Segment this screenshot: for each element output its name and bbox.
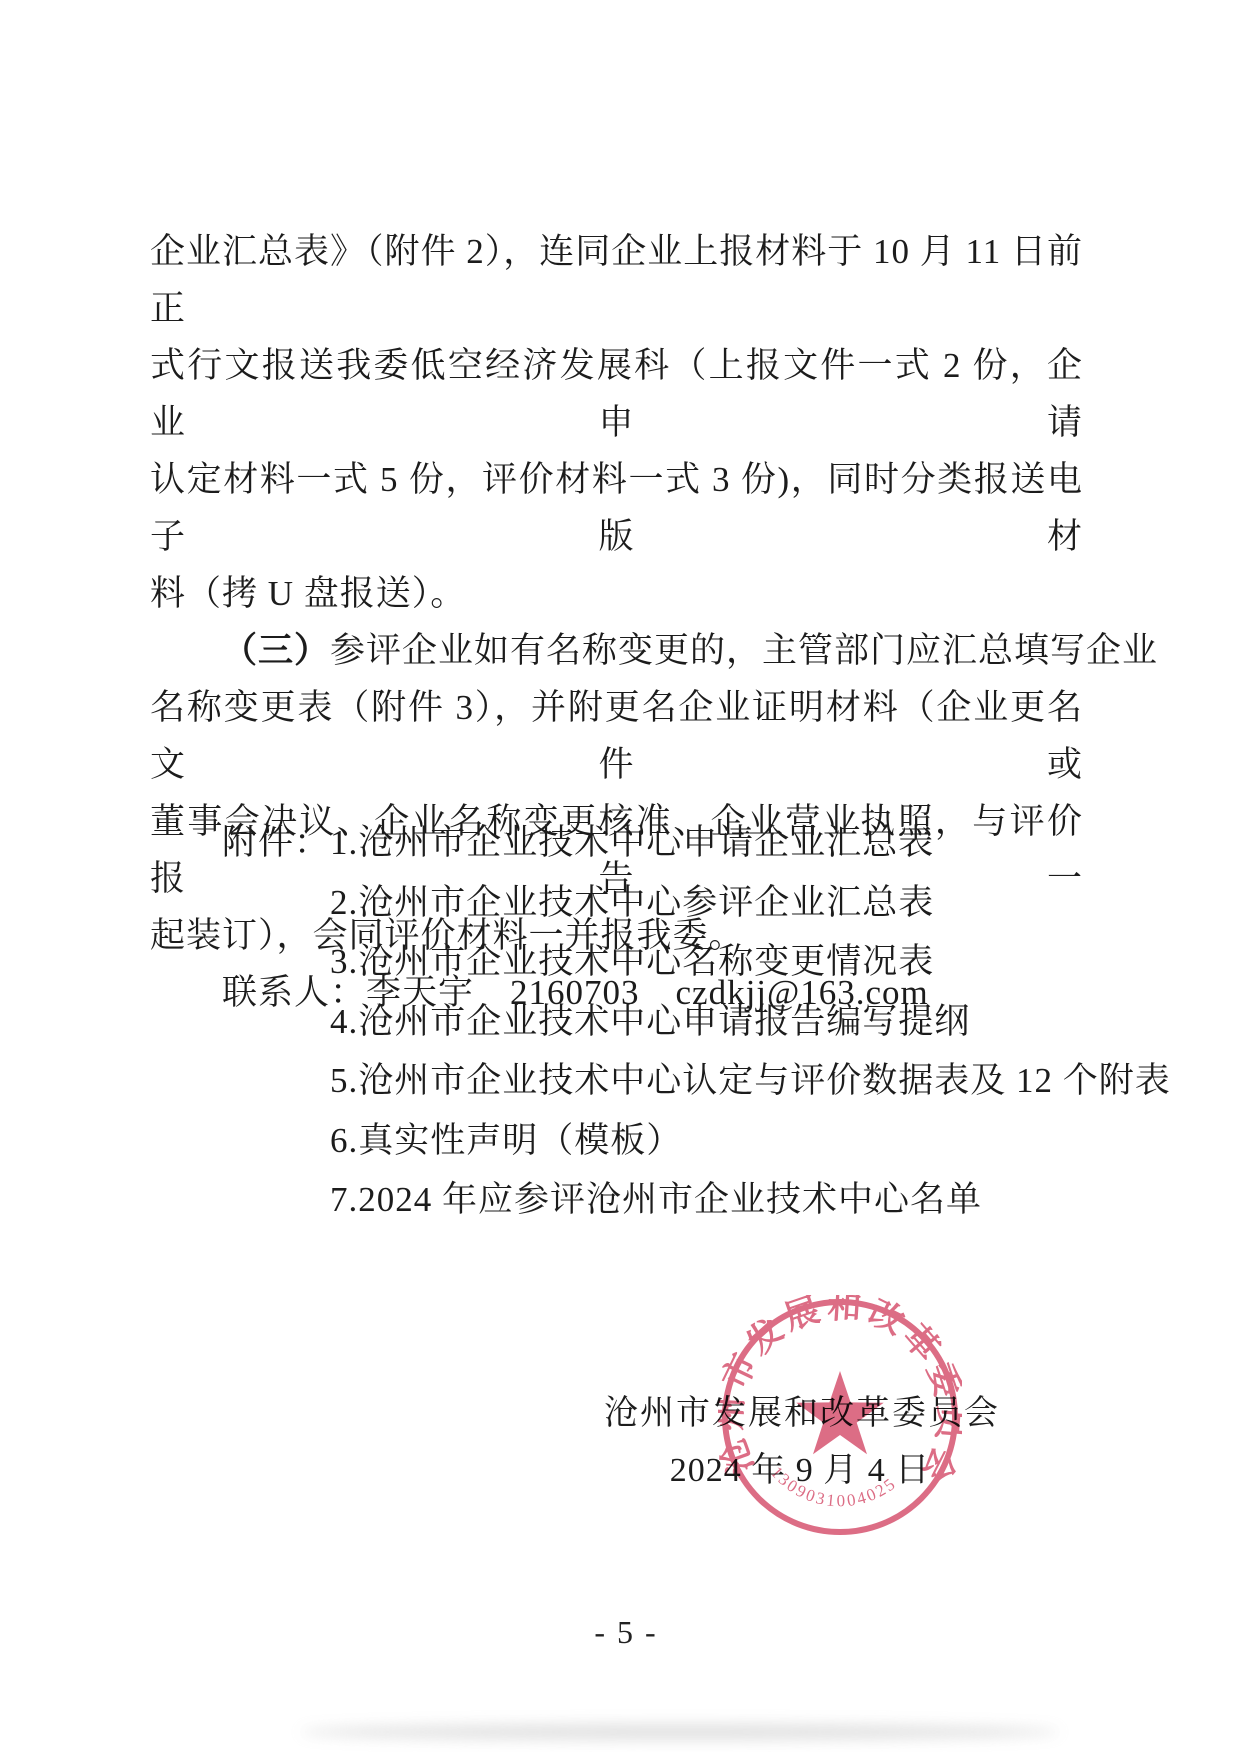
section-three-label: （三）	[222, 631, 330, 670]
scan-smudge-artifact	[300, 1724, 1060, 1740]
document-page: 企业汇总表》（附件 2），连同企业上报材料于 10 月 11 日前正 式行文报送…	[0, 0, 1239, 1752]
body-line: 企业汇总表》（附件 2），连同企业上报材料于 10 月 11 日前正	[150, 223, 1083, 337]
attachment-item: 6.真实性声明（模板）	[330, 1111, 1182, 1171]
page-number: - 5 -	[594, 1607, 657, 1657]
seal-star-icon	[796, 1371, 883, 1454]
section-three-text: 参评企业如有名称变更的，主管部门应汇总填写企业	[330, 631, 1158, 670]
attachment-item: 5.沧州市企业技术中心认定与评价数据表及 12 个附表	[330, 1051, 1182, 1111]
seal-serial-textpath: 1309031004025	[767, 1463, 900, 1511]
body-line: 式行文报送我委低空经济发展科（上报文件一式 2 份，企业申请	[150, 337, 1083, 451]
attachment-item: 3.沧州市企业技术中心名称变更情况表	[330, 932, 1182, 992]
body-line: 名称变更表（附件 3），并附更名企业证明材料（企业更名文件或	[150, 679, 1083, 793]
seal-serial-number: 1309031004025	[767, 1463, 900, 1511]
attachment-item: 4.沧州市企业技术中心申请报告编写提纲	[330, 992, 1182, 1052]
attachments-block: 附件： 1.沧州市企业技术中心申请企业汇总表 2.沧州市企业技术中心参评企业汇总…	[222, 813, 1182, 1230]
attachments-label: 附件：	[222, 813, 330, 873]
body-line: 料（拷 U 盘报送）。	[150, 565, 1083, 622]
attachment-item: 1.沧州市企业技术中心申请企业汇总表	[330, 813, 1182, 873]
body-line-section-three: （三）参评企业如有名称变更的，主管部门应汇总填写企业	[150, 622, 1083, 679]
official-seal-stamp: 沧州市发展和改革委员会 1309031004025	[718, 1295, 962, 1539]
attachment-item: 7.2024 年应参评沧州市企业技术中心名单	[330, 1170, 1182, 1230]
attachment-item: 2.沧州市企业技术中心参评企业汇总表	[330, 873, 1182, 933]
attachments-list: 1.沧州市企业技术中心申请企业汇总表 2.沧州市企业技术中心参评企业汇总表 3.…	[330, 813, 1182, 1230]
body-line: 认定材料一式 5 份，评价材料一式 3 份)，同时分类报送电子版材	[150, 451, 1083, 565]
